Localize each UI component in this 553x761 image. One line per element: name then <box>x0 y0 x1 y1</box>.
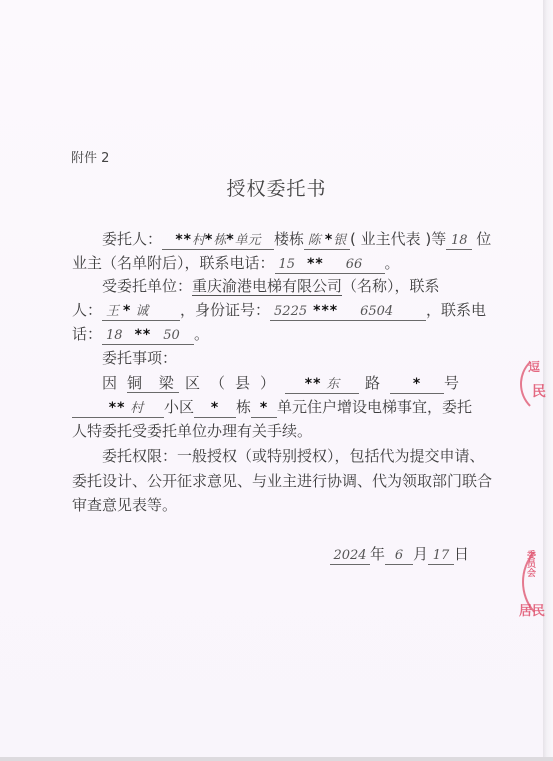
date-day: 17 <box>428 547 454 565</box>
lower-stamp-text: 居民 <box>519 600 545 619</box>
matters-line-2: ** 村小区*栋*单元住户增设电梯事宜，委托 <box>72 397 472 418</box>
owners-phone-label: 业主（名单附后），联系电话： <box>72 254 275 272</box>
district-field: 铜 梁 <box>127 375 179 393</box>
document-title: 授权委托书 <box>0 174 553 201</box>
upper-stamp-text: 民 <box>532 381 546 401</box>
matters-label: 委托事项： <box>102 348 177 368</box>
matters-line-3: 人特委托受委托单位办理有关手续。 <box>72 421 312 441</box>
number-field: * <box>390 375 444 394</box>
trustee-company: 重庆渝港电梯有限公司 <box>192 278 342 296</box>
trustee-label: 受委托单位： <box>102 277 192 295</box>
building-field: * <box>194 399 236 418</box>
principal-handwritten: 村 <box>192 233 205 248</box>
trustee-phone-field: 18**50 <box>102 326 194 345</box>
trustee-company-suffix: （名称），联系 <box>342 277 440 295</box>
unit-field: * <box>251 399 277 418</box>
road-field: ** 东 <box>285 375 359 394</box>
lower-stamp-partial: 委员会 <box>524 550 537 577</box>
signature-date: 2024年6月17日 <box>330 544 469 565</box>
trustee-line-2: 人：王*诚，身份证号：5225***6504，联系电 <box>72 300 486 321</box>
upper-stamp-partial: 逗 <box>528 358 540 375</box>
representative-suffix: ( 业主代表 )等 <box>350 230 446 248</box>
owner-unit: 位 <box>476 230 491 248</box>
representative-field: 陈 *银 <box>304 231 350 250</box>
contact-person-field: 王*诚 <box>102 302 180 321</box>
id-number-field: 5225***6504 <box>270 302 426 321</box>
principal-line-2: 业主（名单附后），联系电话：15**66。 <box>72 253 400 274</box>
scope-line-1: 委托权限：一般授权（或特别授权），包括代为提交申请、 <box>102 446 485 466</box>
trustee-line-1: 受委托单位：重庆渝港电梯有限公司（名称），联系 <box>102 276 440 296</box>
date-month: 6 <box>385 547 413 565</box>
attachment-label: 附件 2 <box>71 147 109 166</box>
principal-line-1: 委托人：**村*栋*单元楼栋陈 *银( 业主代表 )等18位 <box>102 229 491 250</box>
id-label: ，身份证号： <box>180 301 270 319</box>
building-label: 楼栋 <box>274 230 304 248</box>
scope-line-2: 委托设计、公开征求意见、与业主进行协调、代为领取部门联合 <box>72 471 492 491</box>
matters-line-1: 因铜 梁区（县）** 东路*号 <box>102 373 459 394</box>
scope-line-3: 审查意见表等。 <box>72 495 177 515</box>
principal-phone-field: 15**66 <box>275 255 385 274</box>
trustee-line-3: 话：18**50。 <box>72 324 209 345</box>
principal-field: **村*栋*单元 <box>162 231 274 250</box>
page-bottom-edge <box>0 757 553 761</box>
principal-label: 委托人： <box>102 230 162 248</box>
community-field: ** 村 <box>72 399 164 418</box>
date-year: 2024 <box>330 547 370 565</box>
owner-count: 18 <box>446 232 472 250</box>
